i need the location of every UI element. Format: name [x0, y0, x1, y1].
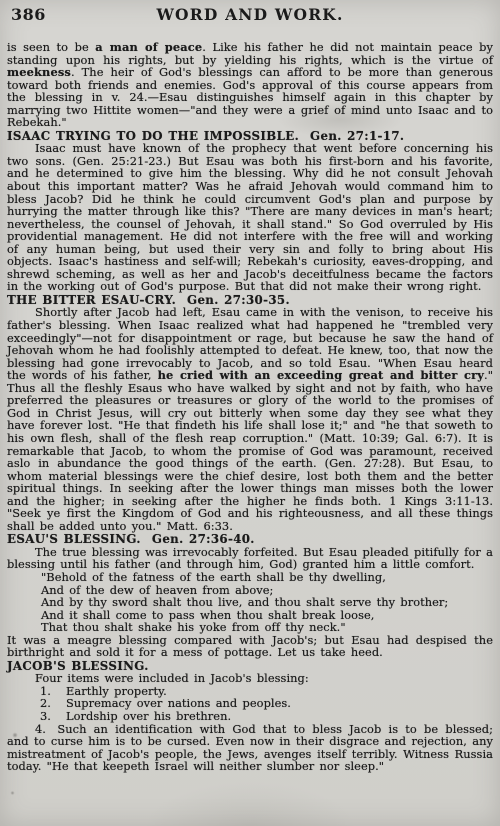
- body-paragraph: is seen to be a man of peace. Like his f…: [7, 41, 493, 129]
- body-paragraph: The true blessing was irrevocably forfei…: [7, 546, 493, 571]
- page-body: is seen to be a man of peace. Like his f…: [7, 41, 493, 773]
- text-run: It was a meagre blessing compared with J…: [7, 633, 493, 660]
- body-paragraph: Isaac must have known of the prophecy th…: [7, 142, 493, 293]
- scanned-page: 386 WORD AND WORK. is seen to be a man o…: [0, 0, 500, 826]
- verse-line: "Behold of the fatness of the earth shal…: [41, 571, 493, 584]
- text-run: Isaac must have known of the prophecy th…: [7, 141, 493, 293]
- text-run: . The heir of God's blessings can afford…: [7, 65, 493, 129]
- text-run: ." Thus all the fleshly Esaus who have w…: [7, 368, 493, 533]
- body-paragraph: It was a meagre blessing compared with J…: [7, 634, 493, 659]
- blessing-list: 1.Earthly property.2.Supremacy over nati…: [7, 685, 493, 723]
- masthead: 386 WORD AND WORK.: [7, 5, 493, 25]
- body-paragraph: Shortly after Jacob had left, Esau came …: [7, 306, 493, 532]
- journal-title: WORD AND WORK.: [7, 5, 493, 24]
- text-run: The true blessing was irrevocably forfei…: [7, 545, 493, 572]
- text-run: 4. Such an identification with God that …: [7, 722, 493, 774]
- verse-line: And by thy sword shalt thou live, and th…: [41, 596, 493, 609]
- verse-block: "Behold of the fatness of the earth shal…: [41, 571, 493, 634]
- body-paragraph: 4. Such an identification with God that …: [7, 723, 493, 773]
